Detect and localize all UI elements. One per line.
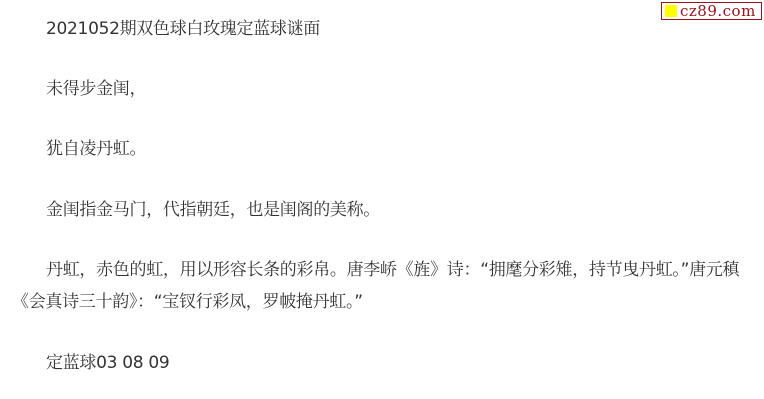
watermark-text: cz89.com xyxy=(680,3,756,19)
riddle-line-2: 犹自凌丹虹。 xyxy=(12,133,146,165)
explanation-paragraph-1: 金闺指金马门，代指朝廷，也是闺阁的美称。 xyxy=(12,194,380,226)
article-title: 2021052期双色球白玫瑰定蓝球谜面 xyxy=(12,13,320,45)
yellow-square-icon xyxy=(665,5,677,17)
riddle-line-1: 未得步金闺， xyxy=(12,73,146,105)
explanation-paragraph-2: 丹虹，赤色的虹，用以形容长条的彩帛。唐李峤《旌》诗：“拥麾分彩雉，持节曳丹虹。”… xyxy=(12,254,752,318)
site-watermark: cz89.com xyxy=(661,2,762,20)
blue-ball-result: 定蓝球03 08 09 xyxy=(12,347,169,379)
